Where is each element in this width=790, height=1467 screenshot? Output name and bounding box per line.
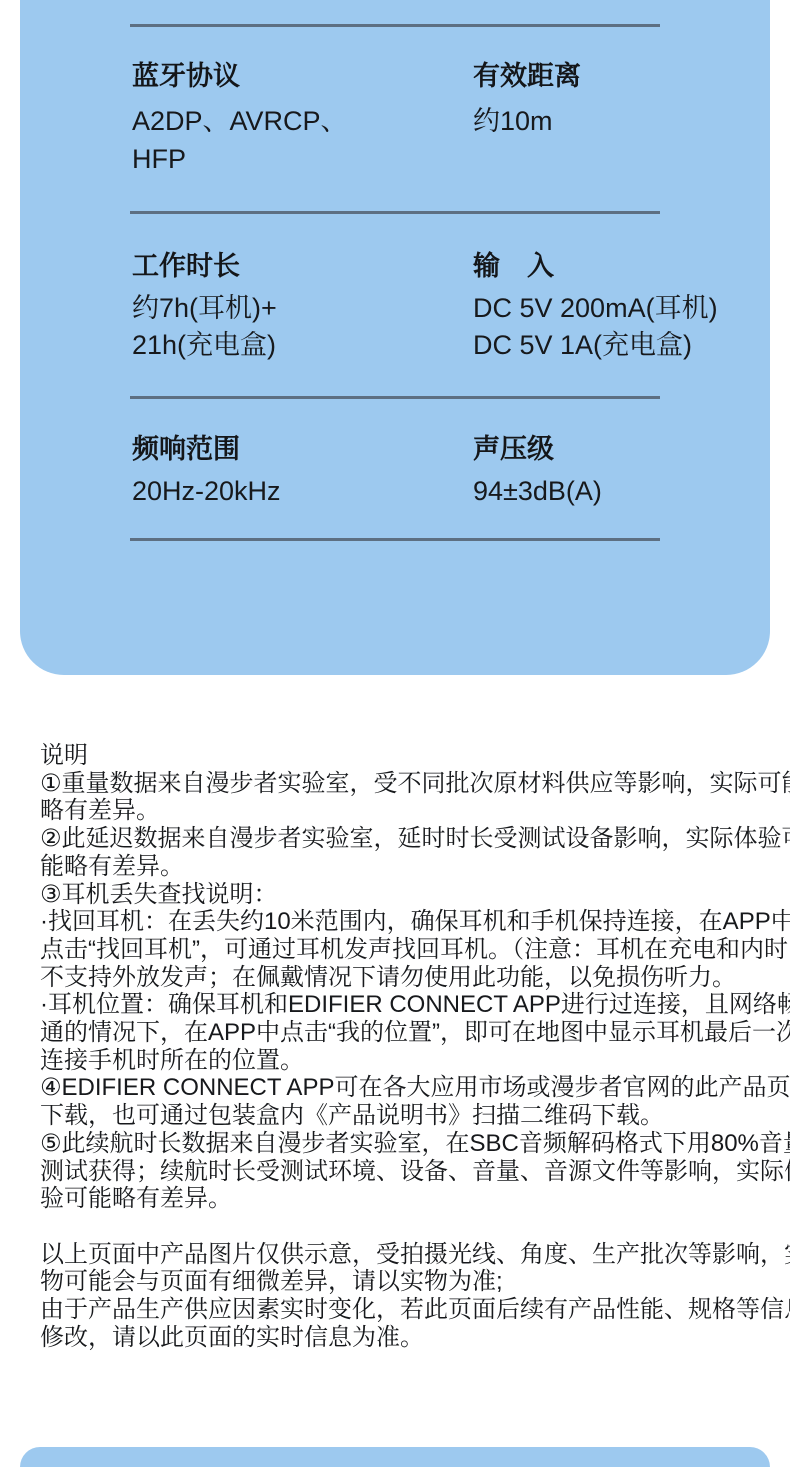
note-line: 由于产品生产供应因素实时变化，若此页面后续有产品性能、规格等信息: [40, 1296, 760, 1324]
note-line: ⑤此续航时长数据来自漫步者实验室，在SBC音频解码格式下用80%音量: [40, 1130, 760, 1158]
note-line: ·耳机位置：确保耳机和EDIFIER CONNECT APP进行过连接，且网络畅: [40, 991, 760, 1019]
note-line: 以上页面中产品图片仅供示意，受拍摄光线、角度、生产批次等影响，实: [40, 1241, 760, 1269]
spec-value-input-line2: DC 5V 1A(充电盒): [473, 330, 692, 360]
spec-label-input: 输 入: [473, 251, 554, 281]
note-line: ④EDIFIER CONNECT APP可在各大应用市场或漫步者官网的此产品页面: [40, 1074, 760, 1102]
divider: [130, 24, 660, 27]
product-description-page: 蓝牙协议 A2DP、AVRCP、 HFP 有效距离 约10m 工作时长 约7h(…: [0, 0, 790, 1467]
note-line: ·找回耳机：在丢失约10米范围内，确保耳机和手机保持连接，在APP中: [40, 908, 760, 936]
spec-value-working-time-line2: 21h(充电盒): [132, 330, 276, 360]
next-section-card-top: [20, 1447, 770, 1467]
spec-label-effective-range: 有效距离: [473, 61, 581, 91]
spec-card: 蓝牙协议 A2DP、AVRCP、 HFP 有效距离 约10m 工作时长 约7h(…: [20, 0, 770, 675]
note-line: 验可能略有差异。: [40, 1185, 760, 1213]
spec-value-effective-range: 约10m: [473, 106, 553, 136]
divider: [130, 211, 660, 214]
note-line: ②此延迟数据来自漫步者实验室，延时时长受测试设备影响，实际体验可: [40, 825, 760, 853]
note-line: 略有差异。: [40, 797, 760, 825]
note-line: 测试获得；续航时长受测试环境、设备、音量、音源文件等影响，实际体: [40, 1158, 760, 1186]
spec-label-bluetooth-protocol: 蓝牙协议: [132, 61, 240, 91]
note-line: 能略有差异。: [40, 853, 760, 881]
spec-value-sound-pressure-level: 94±3dB(A): [473, 476, 602, 506]
spec-label-frequency-response: 频响范围: [132, 434, 240, 464]
note-line: 说明: [40, 742, 760, 770]
note-line: 通的情况下，在APP中点击“我的位置”，即可在地图中显示耳机最后一次: [40, 1019, 760, 1047]
note-line: 连接手机时所在的位置。: [40, 1047, 760, 1075]
note-line: 点击“找回耳机”，可通过耳机发声找回耳机。（注意：耳机在充电和内时: [40, 936, 760, 964]
note-line: 不支持外放发声；在佩戴情况下请勿使用此功能，以免损伤听力。: [40, 964, 760, 992]
note-line: 下载，也可通过包装盒内《产品说明书》扫描二维码下载。: [40, 1102, 760, 1130]
notes-text-block: 说明①重量数据来自漫步者实验室，受不同批次原材料供应等影响，实际可能略有差异。②…: [40, 742, 760, 1351]
spec-label-sound-pressure-level: 声压级: [473, 434, 554, 464]
spec-label-working-time: 工作时长: [132, 251, 240, 281]
note-line: 修改，请以此页面的实时信息为准。: [40, 1324, 760, 1352]
note-line: [40, 1213, 760, 1241]
spec-value-bluetooth-protocol-line2: HFP: [132, 144, 186, 174]
note-line: 物可能会与页面有细微差异，请以实物为准;: [40, 1268, 760, 1296]
divider: [130, 396, 660, 399]
spec-value-bluetooth-protocol-line1: A2DP、AVRCP、: [132, 106, 348, 136]
note-line: ③耳机丢失查找说明：: [40, 881, 760, 909]
spec-value-working-time-line1: 约7h(耳机)+: [132, 293, 277, 323]
spec-value-input-line1: DC 5V 200mA(耳机): [473, 293, 718, 323]
note-line: ①重量数据来自漫步者实验室，受不同批次原材料供应等影响，实际可能: [40, 770, 760, 798]
divider: [130, 538, 660, 541]
spec-value-frequency-response: 20Hz-20kHz: [132, 476, 281, 506]
